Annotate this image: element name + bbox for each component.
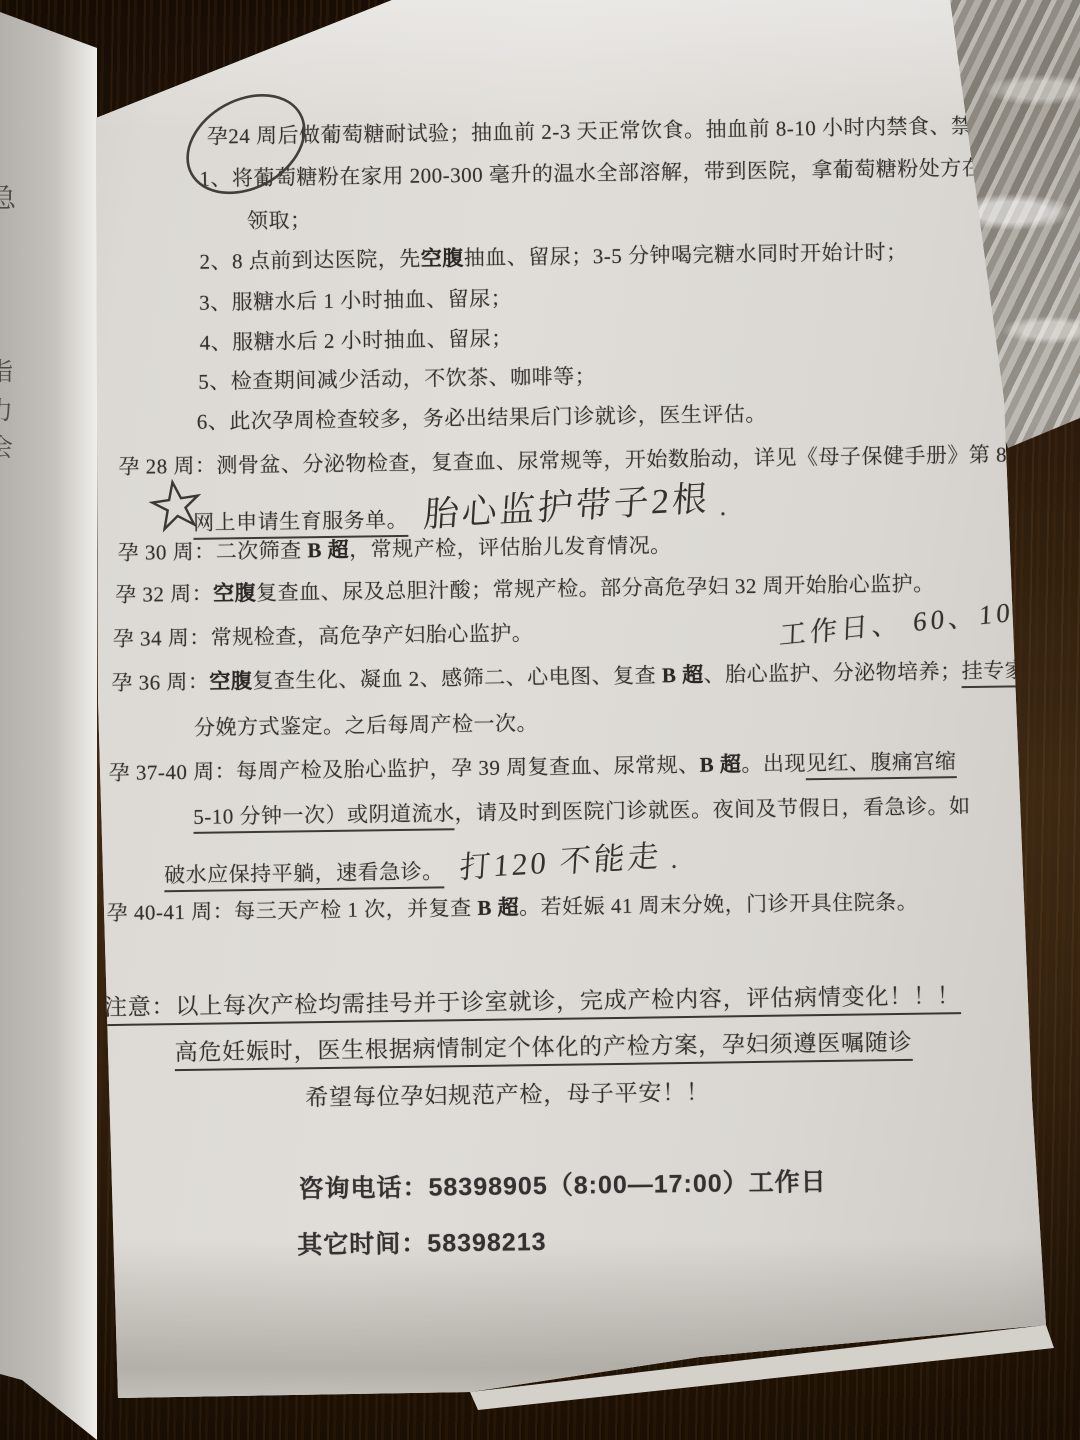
text-line-week3740: 孕 37-40 周：每周产检及胎心监护，孕 39 周复查血、尿常规、B 超。出现… — [108, 745, 956, 787]
text-line-step5: 5、检查期间减少活动，不饮茶、咖啡等； — [198, 360, 596, 396]
printed-text-segment: 6、此次孕周检查较多，务必出结果后门诊就诊，医生评估。 — [197, 402, 767, 434]
handwritten-text: · — [670, 852, 680, 882]
printed-text-segment: 领取； — [247, 208, 312, 233]
printed-text-segment: 空腹 — [421, 246, 464, 271]
text-line-week34: 孕 34 周：常规检查，高危孕产妇胎心监护。 — [113, 617, 534, 653]
printed-text-segment: 高危妊娠时，医生根据病情制定个体化的产检方案，孕妇须遵医嘱随诊 — [174, 1030, 912, 1071]
printed-text-segment: 孕 40-41 周：每三天产检 1 次，并复查 — [106, 896, 477, 925]
printed-text-segment: 希望每位孕妇规范产检，母子平安！！ — [305, 1080, 710, 1111]
text-line-week30: 孕 30 周：二次筛查 B 超，常规产检，评估胎儿发育情况。 — [117, 529, 671, 567]
text-line-step4: 4、服糖水后 2 小时抽血、留尿； — [199, 322, 512, 356]
text-line-week3740b: 5-10 分钟一次）或阴道流水，请及时到医院门诊就医。夜间及节假日，看急诊。如 — [193, 790, 971, 831]
partial-character: 力 — [0, 391, 13, 427]
printed-text-segment: 见红、腹痛宫缩 — [806, 749, 957, 780]
handwritten-text: · — [718, 499, 728, 529]
printed-text-segment: ，常规产检，评估胎儿发育情况。 — [349, 533, 672, 562]
printed-text: 孕24 周后做葡萄糖耐试验；抽血前 2-3 天正常饮食。抽血前 8-10 小时内… — [0, 0, 1080, 1440]
printed-text-segment: 复查生化、凝血 2、感筛二、心电图、复查 — [252, 663, 662, 693]
printed-text-segment: 4、服糖水后 2 小时抽血、留尿； — [200, 326, 513, 354]
printed-text-segment: 孕 34 周：常规检查，高危孕产妇胎心监护。 — [113, 621, 534, 651]
printed-text-segment: 2、8 点前到达医院，先 — [199, 247, 421, 274]
printed-text-segment: 分娩方式鉴定。之后每周产检一次。 — [194, 711, 538, 740]
printed-text-segment: 。若妊娠 41 周末分娩，门诊开具住院条。 — [519, 890, 918, 920]
printed-text-segment: 孕 37-40 周：每周产检及胎心监护，孕 39 周复查血、尿常规、 — [109, 753, 700, 785]
printed-text-segment: 复查血、尿及总胆汁酸；常规产检。部分高危孕妇 32 周开始胎心监护。 — [256, 571, 935, 604]
facing-page-edge: 急 ， 指 力 会 — [0, 0, 97, 1440]
printed-text-segment: 孕24 周后做葡萄糖耐试验；抽血前 2-3 天正常饮食。抽血前 8-10 小时内… — [207, 113, 1016, 148]
photo-of-document: 急 ， 指 力 会 孕24 周后做葡萄糖耐试验；抽血前 2-3 天正常饮食。抽血… — [0, 0, 1080, 1440]
text-line-phone-other: 其它时间：58398213 — [297, 1222, 547, 1261]
text-line-phone-workday: 咨询电话：58398905（8:00—17:00）工作日 — [298, 1162, 827, 1205]
printed-text-segment: 1、将葡萄糖粉在家用 200-300 毫升的温水全部溶解，带到医院，拿葡萄糖粉处… — [199, 155, 1026, 191]
text-line-step2: 2、8 点前到达医院，先空腹抽血、留尿；3-5 分钟喝完糖水同时开始计时； — [199, 236, 907, 276]
printed-text-segment: 注意：以上每次产检均需挂号并于诊室就诊，完成产检内容，评估病情变化！！！ — [104, 983, 961, 1026]
text-line-week32: 孕 32 周：空腹复查血、尿及总胆汁酸；常规产检。部分高危孕妇 32 周开始胎心… — [115, 567, 935, 608]
text-line-step1b: 领取； — [247, 204, 312, 235]
text-line-notice3: 希望每位孕妇规范产检，母子平安！！ — [305, 1074, 710, 1113]
printed-text-segment: ，请及时到医院门诊就医。夜间及节假日，看急诊。如 — [454, 794, 970, 825]
handwritten-text: 打120 不能走 — [458, 830, 663, 887]
partial-character: ， — [0, 292, 13, 328]
text-line-week36: 孕 36 周：空腹复查生化、凝血 2、感筛二、心电图、复查 B 超、胎心监护、分… — [111, 654, 1069, 697]
text-line-intro: 孕24 周后做葡萄糖耐试验；抽血前 2-3 天正常饮食。抽血前 8-10 小时内… — [207, 109, 1016, 150]
printed-text-segment: 孕 32 周： — [115, 582, 213, 607]
star-annotation — [153, 479, 202, 534]
printed-text-segment: 孕 30 周：二次筛查 — [117, 538, 307, 565]
text-line-notice1: 注意：以上每次产检均需挂号并于诊室就诊，完成产检内容，评估病情变化！！！ — [104, 977, 961, 1022]
handwritten-text: 胎心监护带子2根 — [422, 471, 711, 538]
document-page: 孕24 周后做葡萄糖耐试验；抽血前 2-3 天正常饮食。抽血前 8-10 小时内… — [0, 0, 1080, 1440]
text-line-week28: 孕 28 周：测骨盆、分泌物检查，复查血、尿常规等，开始数胎动，详见《母子保健手… — [118, 437, 1080, 481]
text-line-week3740c: 破水应保持平躺，速看急诊。打120 不能走· — [164, 839, 680, 891]
partial-character: 会 — [0, 428, 13, 464]
printed-text-segment: 空腹 — [213, 581, 256, 606]
printed-text-segment: B 超 — [699, 752, 741, 777]
circle-annotation — [179, 87, 317, 205]
printed-text-segment: 5、检查期间减少活动，不饮茶、咖啡等； — [198, 364, 596, 394]
printed-text-segment: B 超 — [662, 663, 704, 688]
printed-text-segment: 孕 28 周：测骨盆、分泌物检查，复查血、尿常规等，开始数胎动，详见《母子保健手… — [118, 441, 1080, 479]
printed-text-segment: 5-10 分钟一次）或阴道流水 — [193, 801, 455, 834]
partial-character: 指 — [0, 352, 13, 388]
printed-text-segment: B 超 — [477, 895, 519, 920]
printed-text-segment: 孕 36 周： — [111, 670, 209, 695]
printed-text-segment: 其它时间：58398213 — [297, 1228, 547, 1259]
printed-text-segment: 抽血、留尿；3-5 分钟喝完糖水同时开始计时； — [464, 240, 908, 270]
printed-text-segment: 破水应保持平躺，速看急诊。 — [164, 859, 444, 892]
text-line-week36b: 分娩方式鉴定。之后每周产检一次。 — [194, 707, 538, 742]
text-line-week4041: 孕 40-41 周：每三天产检 1 次，并复查 B 超。若妊娠 41 周末分娩，… — [106, 886, 918, 927]
printed-text-segment: 空腹 — [209, 669, 252, 694]
printed-text-segment: B 超 — [307, 538, 349, 563]
printed-text-segment: 咨询电话：58398905（8:00—17:00）工作日 — [298, 1168, 827, 1203]
partial-character: 急 — [0, 176, 16, 216]
text-line-notice2: 高危妊娠时，医生根据病情制定个体化的产检方案，孕妇须遵医嘱随诊 — [174, 1024, 912, 1067]
printed-text-segment: 挂专家号做 — [961, 658, 1069, 688]
text-line-step3: 3、服糖水后 1 小时抽血、留尿； — [199, 282, 512, 316]
text-line-step1: 1、将葡萄糖粉在家用 200-300 毫升的温水全部溶解，带到医院，拿葡萄糖粉处… — [199, 151, 1026, 193]
printed-text-segment: 3、服糖水后 1 小时抽血、留尿； — [199, 286, 512, 314]
text-line-step6: 6、此次孕周检查较多，务必出结果后门诊就诊，医生评估。 — [197, 398, 767, 436]
printed-text-segment: 。出现 — [741, 751, 806, 776]
printed-text-segment: 、胎心监护、分泌物培养； — [703, 659, 961, 687]
